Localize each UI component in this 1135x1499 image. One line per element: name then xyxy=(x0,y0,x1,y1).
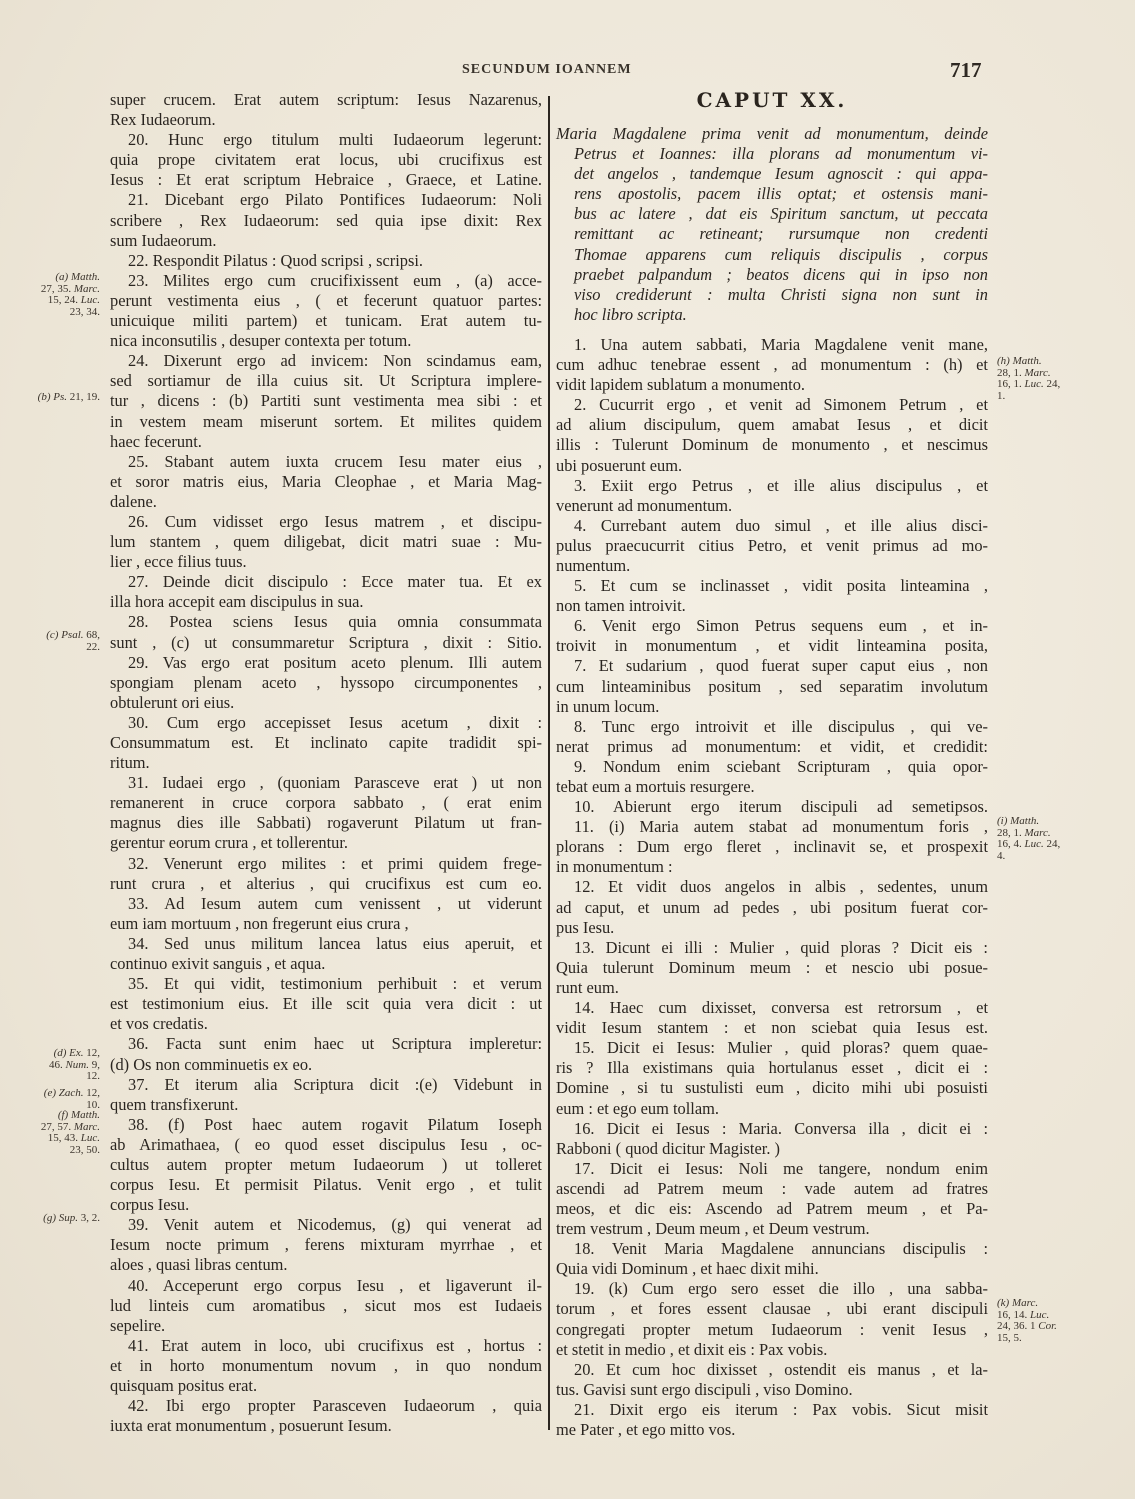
summary-line: Thomae apparens cum reliquis discipulis … xyxy=(556,245,988,265)
text-line: plorans : Dum ergo fleret , inclinavit s… xyxy=(556,837,988,857)
text-line: ritum. xyxy=(110,753,542,773)
text-line: corpus Iesu. Et permisit Pilatus. Venit … xyxy=(110,1175,542,1195)
text-line: gerentur eorum crura , et tollerentur. xyxy=(110,833,542,853)
text-line: 4. Currebant autem duo simul , et ille a… xyxy=(556,516,988,536)
margin-note-line: 23, 34. xyxy=(41,307,100,319)
margin-note-line: (g) Sup. 3, 2. xyxy=(43,1213,100,1225)
text-line: 22. Respondit Pilatus : Quod scripsi , s… xyxy=(110,251,542,271)
margin-note-i: (i) Matth.28, 1. Marc.16, 4. Luc. 24,4. xyxy=(997,816,1060,862)
text-line: illa hora accepit eam discipulus in sua. xyxy=(110,592,542,612)
margin-note-a: (a) Matth.27, 35. Marc.15, 24. Luc.23, 3… xyxy=(41,272,100,318)
text-line: 34. Sed unus militum lancea latus eius a… xyxy=(110,934,542,954)
text-line: 2. Cucurrit ergo , et venit ad Simonem P… xyxy=(556,395,988,415)
page-number: 717 xyxy=(950,58,982,83)
text-line: ubi posuerunt eum. xyxy=(556,456,988,476)
summary-line: remittant ac retineant; rursumque non cr… xyxy=(556,224,988,244)
text-line: 31. Iudaei ergo , (quoniam Parasceve era… xyxy=(110,773,542,793)
text-line: 1. Una autem sabbati, Maria Magdalene ve… xyxy=(556,335,988,355)
text-line: quisquam positus erat. xyxy=(110,1376,542,1396)
text-line: 32. Venerunt ergo milites : et primi qui… xyxy=(110,854,542,874)
margin-note-line: 15, 24. Luc. xyxy=(41,295,100,307)
margin-note-h: (h) Matth.28, 1. Marc.16, 1. Luc. 24,1. xyxy=(997,356,1060,402)
text-line: 20. Et cum hoc dixisset , ostendit eis m… xyxy=(556,1360,988,1380)
text-line: ris ? Illa existimans quia hortulanus es… xyxy=(556,1058,988,1078)
margin-note-line: 23, 50. xyxy=(41,1145,100,1157)
text-line: lum stantem , quem diligebat, dicit matr… xyxy=(110,532,542,552)
text-line: haec fecerunt. xyxy=(110,432,542,452)
summary-line: rens apostolis, pacem illis optat; et os… xyxy=(556,184,988,204)
chapter-heading: CAPUT XX. xyxy=(556,90,988,124)
margin-note-line: 1. xyxy=(997,391,1060,403)
text-line: ascendi ad Patrem meum : vade autem ad f… xyxy=(556,1179,988,1199)
text-line: 15. Dicit ei Iesus: Mulier , quid ploras… xyxy=(556,1038,988,1058)
text-line: et soror matris eius, Maria Cleophae , e… xyxy=(110,472,542,492)
text-line: 7. Et sudarium , quod fuerat super caput… xyxy=(556,656,988,676)
text-line: venerunt ad monumentum. xyxy=(556,496,988,516)
margin-note-line: 22. xyxy=(46,642,100,654)
text-line: quem transfixerunt. xyxy=(110,1095,542,1115)
text-line: et vos credatis. xyxy=(110,1014,542,1034)
text-line: Consummatum est. Et inclinato capite tra… xyxy=(110,733,542,753)
text-line: sum Iudaeorum. xyxy=(110,231,542,251)
text-line: in vestem meam miserunt sortem. Et milit… xyxy=(110,412,542,432)
text-line: corpus Iesu. xyxy=(110,1195,542,1215)
left-column: super crucem. Erat autem scriptum: Iesus… xyxy=(110,90,542,1436)
text-line: 23. Milites ergo cum crucifixissent eum … xyxy=(110,271,542,291)
text-line: vidit Iesum stantem : et non sciebat qui… xyxy=(556,1018,988,1038)
text-line: 10. Abierunt ergo iterum discipuli ad se… xyxy=(556,797,988,817)
text-line: 33. Ad Iesum autem cum venissent , ut vi… xyxy=(110,894,542,914)
text-line: 30. Cum ergo accepisset Iesus acetum , d… xyxy=(110,713,542,733)
text-line: Quia vidi Dominum , et haec dixit mihi. xyxy=(556,1259,988,1279)
text-line: unicuique militi partem) et tunicam. Era… xyxy=(110,311,542,331)
text-line: 41. Erat autem in loco, ubi crucifixus e… xyxy=(110,1336,542,1356)
text-line: 35. Et qui vidit, testimonium perhibuit … xyxy=(110,974,542,994)
text-line: in unum locum. xyxy=(556,697,988,717)
margin-note-line: 15, 5. xyxy=(997,1333,1057,1345)
text-line: 20. Hunc ergo titulum multi Iudaeorum le… xyxy=(110,130,542,150)
text-line: 6. Venit ergo Simon Petrus sequens eum ,… xyxy=(556,616,988,636)
text-line: in monumentum : xyxy=(556,857,988,877)
text-line: 3. Exiit ergo Petrus , et ille alius dis… xyxy=(556,476,988,496)
text-line: dalene. xyxy=(110,492,542,512)
text-line: me Pater , et ego mitto vos. xyxy=(556,1420,988,1440)
text-line: 27. Deinde dicit discipulo : Ecce mater … xyxy=(110,572,542,592)
running-head: SECUNDUM IOANNEM xyxy=(462,62,632,78)
text-line: remanerent in cruce corpora sabbato , ( … xyxy=(110,793,542,813)
text-line: 26. Cum vidisset ergo Iesus matrem , et … xyxy=(110,512,542,532)
text-line: sunt , (c) ut consummaretur Scriptura , … xyxy=(110,633,542,653)
text-line: pus Iesu. xyxy=(556,918,988,938)
text-line: troivit in monumentum , et vidit linteam… xyxy=(556,636,988,656)
text-line: 9. Nondum enim sciebant Scripturam , qui… xyxy=(556,757,988,777)
text-line: obtulerunt ori eius. xyxy=(110,693,542,713)
chapter-summary: Maria Magdalene prima venit ad monumentu… xyxy=(556,124,988,325)
text-line: cum linteaminibus positum , sed separati… xyxy=(556,677,988,697)
margin-note-line: (e) Zach. 12, xyxy=(44,1088,100,1100)
text-line: et in horto monumentum novum , in quo no… xyxy=(110,1356,542,1376)
text-line: tebat eum a mortuis resurgere. xyxy=(556,777,988,797)
summary-line: viso crediderunt : multa Christi signa n… xyxy=(556,285,988,305)
summary-line: det angelos , tandemque Iesum agnoscit :… xyxy=(556,164,988,184)
text-line: aloes , quasi libras centum. xyxy=(110,1255,542,1275)
text-line: ad caput, et unum ad pedes , ubi positum… xyxy=(556,898,988,918)
summary-line: praebet palpandum ; beatos dicens qui in… xyxy=(556,265,988,285)
text-line: 36. Facta sunt enim haec ut Scriptura im… xyxy=(110,1034,542,1054)
margin-note-line: 4. xyxy=(997,851,1060,863)
text-line: trem vestrum , Deum meum , et Deum vestr… xyxy=(556,1219,988,1239)
text-line: pulus praecucurrit citius Petro, et veni… xyxy=(556,536,988,556)
margin-note-f: (f) Matth.27, 57. Marc.15, 43. Luc.23, 5… xyxy=(41,1110,100,1156)
right-column: CAPUT XX. Maria Magdalene prima venit ad… xyxy=(556,90,988,1440)
text-line: runt eum. xyxy=(556,978,988,998)
text-line: ab Arimathaea, ( eo quod esset discipulu… xyxy=(110,1135,542,1155)
chapter-body: 1. Una autem sabbati, Maria Magdalene ve… xyxy=(556,335,988,1440)
text-line: vidit lapidem sublatum a monumento. xyxy=(556,375,988,395)
text-line: nerat primus ad monumentum: et vidit, et… xyxy=(556,737,988,757)
text-line: sed sortiamur de illa cuius sit. Ut Scri… xyxy=(110,371,542,391)
margin-note-g: (g) Sup. 3, 2. xyxy=(43,1213,100,1225)
text-line: Quia tulerunt Dominum meum : et nescio u… xyxy=(556,958,988,978)
text-line: Rex Iudaeorum. xyxy=(110,110,542,130)
text-line: Iesum nocte primum , ferens mixturam myr… xyxy=(110,1235,542,1255)
text-line: illis : Tulerunt Dominum de monumento , … xyxy=(556,435,988,455)
text-line: eum : et ego eum tollam. xyxy=(556,1099,988,1119)
margin-note-c: (c) Psal. 68,22. xyxy=(46,630,100,653)
text-line: 12. Et vidit duos angelos in albis , sed… xyxy=(556,877,988,897)
text-line: iuxta erat monumentum , posuerunt Iesum. xyxy=(110,1416,542,1436)
text-line: torum , et fores essent clausae , ubi er… xyxy=(556,1299,988,1319)
summary-line: Petrus et Ioannes: illa plorans ad monum… xyxy=(556,144,988,164)
text-line: super crucem. Erat autem scriptum: Iesus… xyxy=(110,90,542,110)
text-line: scribere , Rex Iudaeorum: sed quia ipse … xyxy=(110,211,542,231)
text-line: 14. Haec cum dixisset, conversa est retr… xyxy=(556,998,988,1018)
text-line: perunt vestimenta eius , ( et fecerunt q… xyxy=(110,291,542,311)
margin-note-line: (c) Psal. 68, xyxy=(46,630,100,642)
text-line: eum iam mortuum , non fregerunt eius cru… xyxy=(110,914,542,934)
summary-line: bus ac latere , dat eis Spiritum sanctum… xyxy=(556,204,988,224)
text-line: Domine , si tu sustulisti eum , dicito m… xyxy=(556,1078,988,1098)
text-line: 42. Ibi ergo propter Parasceven Iudaeoru… xyxy=(110,1396,542,1416)
text-line: nica inconsutilis , desuper contexta per… xyxy=(110,331,542,351)
margin-note-line: 12. xyxy=(49,1071,100,1083)
text-line: 13. Dicunt ei illi : Mulier , quid plora… xyxy=(556,938,988,958)
text-line: lud linteis cum aromatibus , sicut mos e… xyxy=(110,1296,542,1316)
text-line: 25. Stabant autem iuxta crucem Iesu mate… xyxy=(110,452,542,472)
margin-note-d: (d) Ex. 12,46. Num. 9,12. xyxy=(49,1048,100,1083)
column-divider xyxy=(548,96,550,1430)
text-line: spongiam plenam aceto , hyssopo circumpo… xyxy=(110,673,542,693)
text-line: numentum. xyxy=(556,556,988,576)
page-header: SECUNDUM IOANNEM 717 xyxy=(0,58,1135,82)
text-line: 24. Dixerunt ergo ad invicem: Non scinda… xyxy=(110,351,542,371)
summary-line: hoc libro scripta. xyxy=(556,305,988,325)
text-line: 40. Acceperunt ergo corpus Iesu , et lig… xyxy=(110,1276,542,1296)
margin-note-line: 16, 4. Luc. 24, xyxy=(997,839,1060,851)
text-line: non tamen introivit. xyxy=(556,596,988,616)
text-line: 21. Dixit ergo eis iterum : Pax vobis. S… xyxy=(556,1400,988,1420)
text-line: 21. Dicebant ergo Pilato Pontifices Iuda… xyxy=(110,190,542,210)
text-line: 17. Dicit ei Iesus: Noli me tangere, non… xyxy=(556,1159,988,1179)
text-line: tur , dicens : (b) Partiti sunt vestimen… xyxy=(110,391,542,411)
text-line: runt crura , et alterius , qui crucifixu… xyxy=(110,874,542,894)
text-line: tus. Gavisi sunt ergo discipuli , viso D… xyxy=(556,1380,988,1400)
text-line: Iesus : Et erat scriptum Hebraice , Grae… xyxy=(110,170,542,190)
text-line: sepelire. xyxy=(110,1316,542,1336)
text-line: 18. Venit Maria Magdalene annuncians dis… xyxy=(556,1239,988,1259)
summary-line: Maria Magdalene prima venit ad monumentu… xyxy=(556,124,988,144)
text-line: Rabboni ( quod dicitur Magister. ) xyxy=(556,1139,988,1159)
margin-note-k: (k) Marc.16, 14. Luc.24, 36. 1 Cor.15, 5… xyxy=(997,1298,1057,1344)
margin-note-line: 24, 36. 1 Cor. xyxy=(997,1321,1057,1333)
text-line: congregati propter metum Iudaeorum : ven… xyxy=(556,1320,988,1340)
text-line: magnus dies ille Sabbati) rogaverunt Pil… xyxy=(110,813,542,833)
text-line: (d) Os non comminuetis ex eo. xyxy=(110,1055,542,1075)
text-line: quia prope civitatem erat locus, ubi cru… xyxy=(110,150,542,170)
text-line: cultus autem propter metum Iudaeorum ) u… xyxy=(110,1155,542,1175)
text-line: 16. Dicit ei Iesus : Maria. Conversa ill… xyxy=(556,1119,988,1139)
text-line: continuo exivit sanguis , et aqua. xyxy=(110,954,542,974)
text-line: 5. Et cum se inclinasset , vidit posita … xyxy=(556,576,988,596)
text-line: est testimonium eius. Et ille scit quia … xyxy=(110,994,542,1014)
text-line: 29. Vas ergo erat positum aceto plenum. … xyxy=(110,653,542,673)
text-line: meos, et dic eis: Ascendo ad Patrem meum… xyxy=(556,1199,988,1219)
margin-note-b: (b) Ps. 21, 19. xyxy=(38,392,100,404)
summary-gap xyxy=(556,325,988,335)
text-line: 37. Et iterum alia Scriptura dicit :(e) … xyxy=(110,1075,542,1095)
text-line: lier , ecce filius tuus. xyxy=(110,552,542,572)
text-line: 39. Venit autem et Nicodemus, (g) qui ve… xyxy=(110,1215,542,1235)
margin-note-line: 16, 1. Luc. 24, xyxy=(997,379,1060,391)
text-line: 19. (k) Cum ergo sero esset die illo , u… xyxy=(556,1279,988,1299)
text-line: 38. (f) Post haec autem rogavit Pilatum … xyxy=(110,1115,542,1135)
text-line: 28. Postea sciens Iesus quia omnia consu… xyxy=(110,612,542,632)
margin-note-line: (b) Ps. 21, 19. xyxy=(38,392,100,404)
text-line: et stetit in medio , et dixit eis : Pax … xyxy=(556,1340,988,1360)
text-line: 11. (i) Maria autem stabat ad monumentum… xyxy=(556,817,988,837)
margin-note-e: (e) Zach. 12,10. xyxy=(44,1088,100,1111)
text-line: cum adhuc tenebrae essent , ad monumentu… xyxy=(556,355,988,375)
text-line: ad alium discipulum, quem amabat Iesus ,… xyxy=(556,415,988,435)
margin-note-line: 15, 43. Luc. xyxy=(41,1133,100,1145)
text-line: 8. Tunc ergo introivit et ille discipulu… xyxy=(556,717,988,737)
